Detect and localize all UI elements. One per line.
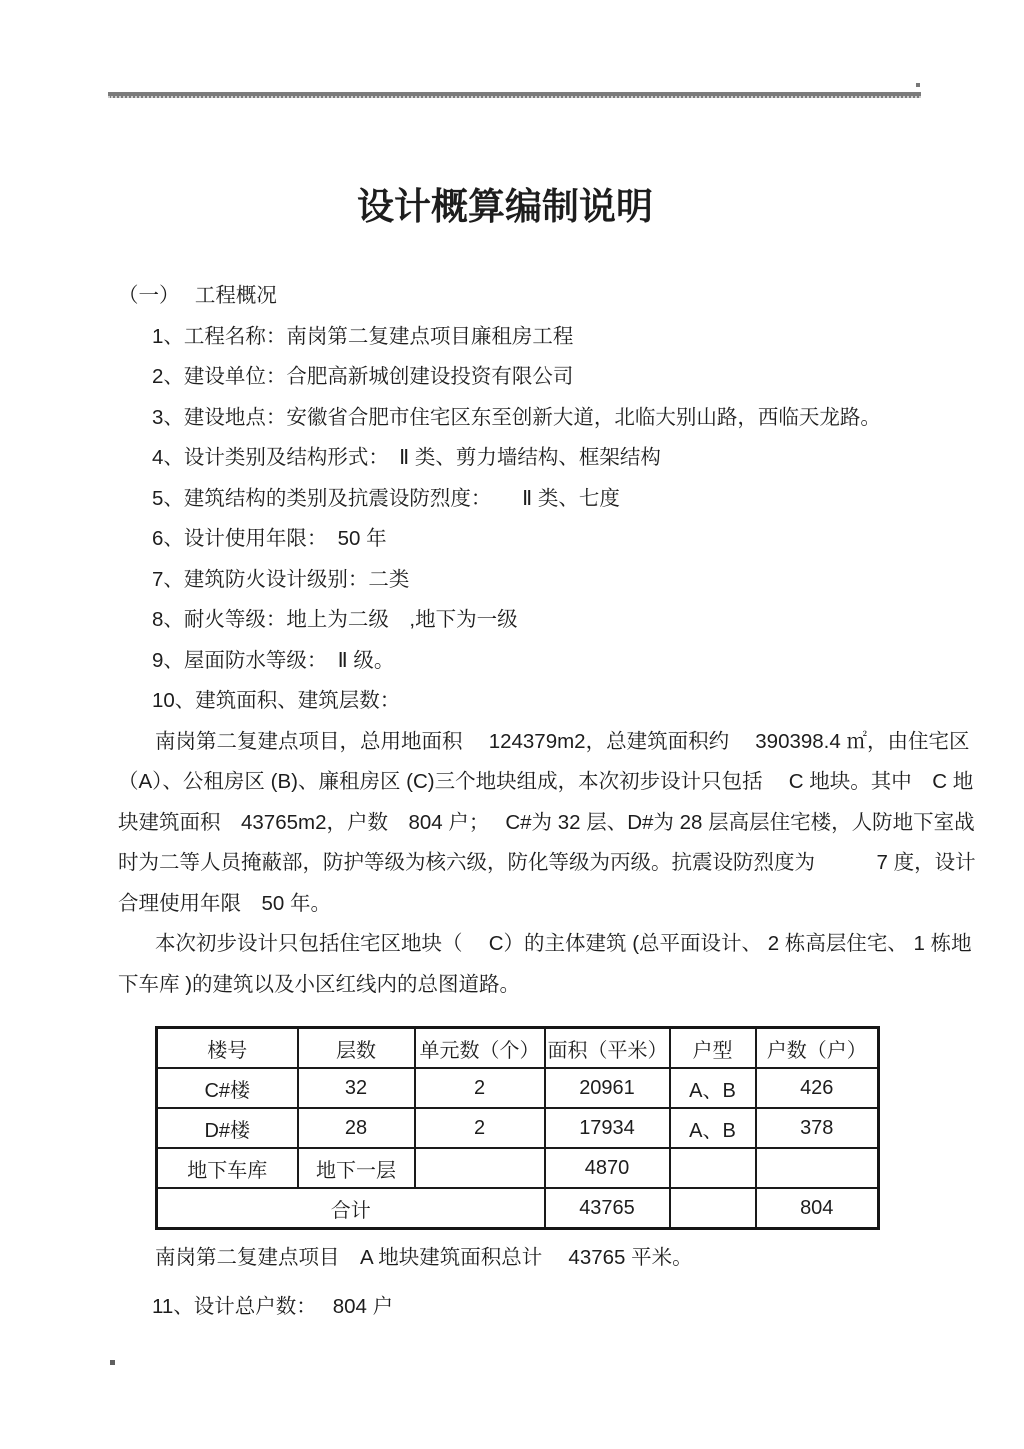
document-page: 设计概算编制说明 （一） 工程概况 1、工程名称：南岗第二复建点项目廉租房工程 … [0,0,1024,1449]
table-cell: 17934 [545,1108,670,1148]
table-row: C#楼 32 2 20961 A、B 426 [157,1068,879,1108]
table-cell: 地下一层 [298,1148,415,1188]
list-item: 11、设计总户数： 804 户 [118,1287,948,1328]
table-row: D#楼 28 2 17934 A、B 378 [157,1108,879,1148]
section-heading: （一） 工程概况 [118,276,948,317]
table-cell [670,1148,756,1188]
table-header-row: 楼号 层数 单元数（个） 面积（平米） 户型 户数（户） [157,1028,879,1069]
table-cell: 20961 [545,1068,670,1108]
table-header-cell: 户数（户） [756,1028,879,1069]
table-row: 地下车库 地下一层 4870 [157,1148,879,1188]
table-cell: 426 [756,1068,879,1108]
table-cell: 地下车库 [157,1148,298,1188]
table-cell: 378 [756,1108,879,1148]
table-header-cell: 户型 [670,1028,756,1069]
table-cell: 804 [756,1188,879,1229]
table-footnote: 南岗第二复建点项目 A 地块建筑面积总计 43765 平米。 [118,1238,948,1279]
table-header-cell: 单元数（个） [415,1028,545,1069]
table-cell: 2 [415,1068,545,1108]
list-item: 8、耐火等级：地上为二级 ,地下为一级 [118,600,948,641]
paragraph-line: （A）、公租房区 (B)、廉租房区 (C)三个地块组成，本次初步设计只包括 C … [118,762,948,803]
list-item: 9、屋面防水等级： Ⅱ 级。 [118,641,948,682]
table-total-label: 合计 [157,1188,545,1229]
table-cell: 32 [298,1068,415,1108]
document-body: （一） 工程概况 1、工程名称：南岗第二复建点项目廉租房工程 2、建设单位：合肥… [118,276,948,1327]
table-header-cell: 楼号 [157,1028,298,1069]
list-item: 10、建筑面积、建筑层数： [118,681,948,722]
list-item: 7、建筑防火设计级别：二类 [118,560,948,601]
table-header-cell: 面积（平米） [545,1028,670,1069]
table-cell [756,1148,879,1188]
table-cell: 2 [415,1108,545,1148]
list-item: 3、建设地点：安徽省合肥市住宅区东至创新大道，北临大别山路，西临天龙路。 [118,398,948,439]
table-cell [670,1188,756,1229]
table-cell: 43765 [545,1188,670,1229]
table-cell: A、B [670,1108,756,1148]
scan-speck-bottom [110,1360,115,1365]
building-summary-table: 楼号 层数 单元数（个） 面积（平米） 户型 户数（户） C#楼 32 2 20… [155,1026,880,1230]
list-item: 2、建设单位：合肥高新城创建设投资有限公司 [118,357,948,398]
scan-speck-top [916,83,920,87]
paragraph-line: 时为二等人员掩蔽部，防护等级为核六级，防化等级为丙级。抗震设防烈度为 7 度，设… [118,843,948,884]
table-total-row: 合计 43765 804 [157,1188,879,1229]
list-item: 5、建筑结构的类别及抗震设防烈度： Ⅱ 类、七度 [118,479,948,520]
table-cell: 28 [298,1108,415,1148]
table-cell: C#楼 [157,1068,298,1108]
table-cell: D#楼 [157,1108,298,1148]
list-item: 6、设计使用年限： 50 年 [118,519,948,560]
paragraph-line: 南岗第二复建点项目，总用地面积 124379m2，总建筑面积约 390398.4… [118,722,948,763]
page-title: 设计概算编制说明 [0,184,1010,232]
paragraph-line: 下车库 )的建筑以及小区红线内的总图道路。 [118,965,948,1006]
table-cell [415,1148,545,1188]
paragraph-line: 本次初步设计只包括住宅区地块（ C）的主体建筑 (总平面设计、 2 栋高层住宅、… [118,924,948,965]
paragraph-line: 合理使用年限 50 年。 [118,884,948,925]
table-cell: 4870 [545,1148,670,1188]
list-item: 4、设计类别及结构形式： Ⅱ 类、剪力墙结构、框架结构 [118,438,948,479]
paragraph-line: 块建筑面积 43765m2，户数 804 户； C#为 32 层、D#为 28 … [118,803,948,844]
table-cell: A、B [670,1068,756,1108]
table-header-cell: 层数 [298,1028,415,1069]
header-rule [108,92,921,98]
list-item: 1、工程名称：南岗第二复建点项目廉租房工程 [118,317,948,358]
